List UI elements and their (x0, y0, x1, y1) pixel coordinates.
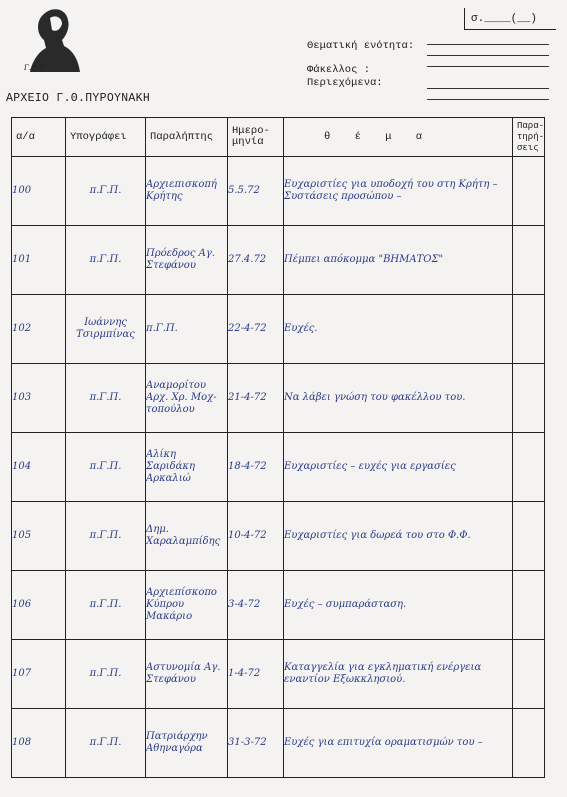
row-date: 18-4-72 (228, 433, 284, 502)
row-signer: π.Γ.Π. (66, 364, 146, 433)
row-date: 5.5.72 (228, 157, 284, 226)
table-row: 100π.Γ.Π.Αρχιεπισκοπή Κρήτης5.5.72Ευχαρι… (12, 157, 545, 226)
row-notes (513, 157, 545, 226)
table-row: 104π.Γ.Π.Αλίκη Σαριδάκη Αρκαλιώ18-4-72Ευ… (12, 433, 545, 502)
row-signer: π.Γ.Π. (66, 571, 146, 640)
row-date: 10-4-72 (228, 502, 284, 571)
row-notes (513, 226, 545, 295)
row-subject: Ευχές για επιτυχία οραματισμών του – (284, 709, 513, 778)
row-subject: Ευχές – συμπαράσταση. (284, 571, 513, 640)
table-row: 103π.Γ.Π.Αναμορίτου Αρχ. Χρ. Μοχ-τοπούλο… (12, 364, 545, 433)
row-signer: π.Γ.Π. (66, 157, 146, 226)
row-subject: Ευχές. (284, 295, 513, 364)
row-signer: π.Γ.Π. (66, 226, 146, 295)
table-row: 102Ιωάννης Τσιρμπίναςπ.Γ.Π.22-4-72Ευχές. (12, 295, 545, 364)
row-date: 27.4.72 (228, 226, 284, 295)
row-number: 100 (12, 157, 66, 226)
column-header-number: α/α (12, 118, 66, 157)
portrait-logo: Γ.Θ.Π. (22, 6, 82, 74)
table-header-row: α/α Υπογράφει Παραλήπτης Ημερο-μηνία θ έ… (12, 118, 545, 157)
row-signer: π.Γ.Π. (66, 709, 146, 778)
row-number: 108 (12, 709, 66, 778)
row-signer: Ιωάννης Τσιρμπίνας (66, 295, 146, 364)
row-date: 31-3-72 (228, 709, 284, 778)
column-header-recipient: Παραλήπτης (146, 118, 228, 157)
row-date: 3-4-72 (228, 571, 284, 640)
page-number-box: σ.____(__) (464, 8, 556, 30)
row-notes (513, 364, 545, 433)
archive-title: ΑΡΧΕΙΟ Γ.Θ.ΠΥΡΟΥΝΑΚΗ (6, 92, 150, 105)
row-notes (513, 295, 545, 364)
row-number: 106 (12, 571, 66, 640)
row-signer: π.Γ.Π. (66, 640, 146, 709)
row-signer: π.Γ.Π. (66, 502, 146, 571)
row-recipient: Δημ. Χαραλαμπίδης (146, 502, 228, 571)
column-header-signer: Υπογράφει (66, 118, 146, 157)
table-row: 108π.Γ.Π.Πατριάρχην Αθηναγόρα31-3-72Ευχέ… (12, 709, 545, 778)
row-subject: Ευχαριστίες για υποδοχή του στη Κρήτη – … (284, 157, 513, 226)
column-header-subject: θ έ μ α (284, 118, 513, 157)
row-number: 102 (12, 295, 66, 364)
field-folder-label: Φάκελλος : (307, 64, 370, 76)
svg-text:Γ.Θ.Π.: Γ.Θ.Π. (23, 64, 47, 72)
row-subject: Πέμπει απόκομμα "ΒΗΜΑΤΟΣ" (284, 226, 513, 295)
row-subject: Ευχαριστίες – ευχές για εργασίες (284, 433, 513, 502)
row-recipient: Αρχιεπισκοπή Κρήτης (146, 157, 228, 226)
row-subject: Καταγγελία για εγκληματική ενέργεια εναν… (284, 640, 513, 709)
row-date: 22-4-72 (228, 295, 284, 364)
row-subject: Να λάβει γνώση του φακέλλου του. (284, 364, 513, 433)
row-notes (513, 502, 545, 571)
row-recipient: π.Γ.Π. (146, 295, 228, 364)
table-row: 106π.Γ.Π.Αρχιεπίσκοπο Κύπρου Μακάριο3-4-… (12, 571, 545, 640)
table-row: 107π.Γ.Π.Αστυνομία Αγ. Στεφάνου1-4-72Κατ… (12, 640, 545, 709)
table-row: 101π.Γ.Π.Πρόεδρος Αγ. Στεφάνου27.4.72Πέμ… (12, 226, 545, 295)
row-number: 107 (12, 640, 66, 709)
row-number: 105 (12, 502, 66, 571)
row-number: 104 (12, 433, 66, 502)
row-notes (513, 640, 545, 709)
row-notes (513, 571, 545, 640)
row-signer: π.Γ.Π. (66, 433, 146, 502)
row-date: 21-4-72 (228, 364, 284, 433)
row-recipient: Πρόεδρος Αγ. Στεφάνου (146, 226, 228, 295)
column-header-notes: Παρα-τηρή-σεις (513, 118, 545, 157)
field-contents-label: Περιεχόμενα: (307, 77, 383, 89)
correspondence-register-table: α/α Υπογράφει Παραλήπτης Ημερο-μηνία θ έ… (11, 117, 545, 778)
row-subject: Ευχαριστίες για δωρεά του στο Φ.Φ. (284, 502, 513, 571)
row-recipient: Αναμορίτου Αρχ. Χρ. Μοχ-τοπούλου (146, 364, 228, 433)
row-notes (513, 709, 545, 778)
row-recipient: Πατριάρχην Αθηναγόρα (146, 709, 228, 778)
row-number: 101 (12, 226, 66, 295)
row-notes (513, 433, 545, 502)
table-row: 105π.Γ.Π.Δημ. Χαραλαμπίδης10-4-72Ευχαρισ… (12, 502, 545, 571)
row-date: 1-4-72 (228, 640, 284, 709)
row-number: 103 (12, 364, 66, 433)
row-recipient: Αλίκη Σαριδάκη Αρκαλιώ (146, 433, 228, 502)
row-recipient: Αρχιεπίσκοπο Κύπρου Μακάριο (146, 571, 228, 640)
field-thematic-unit-label: Θεματική ενότητα: (307, 40, 414, 52)
column-header-date: Ημερο-μηνία (228, 118, 284, 157)
row-recipient: Αστυνομία Αγ. Στεφάνου (146, 640, 228, 709)
